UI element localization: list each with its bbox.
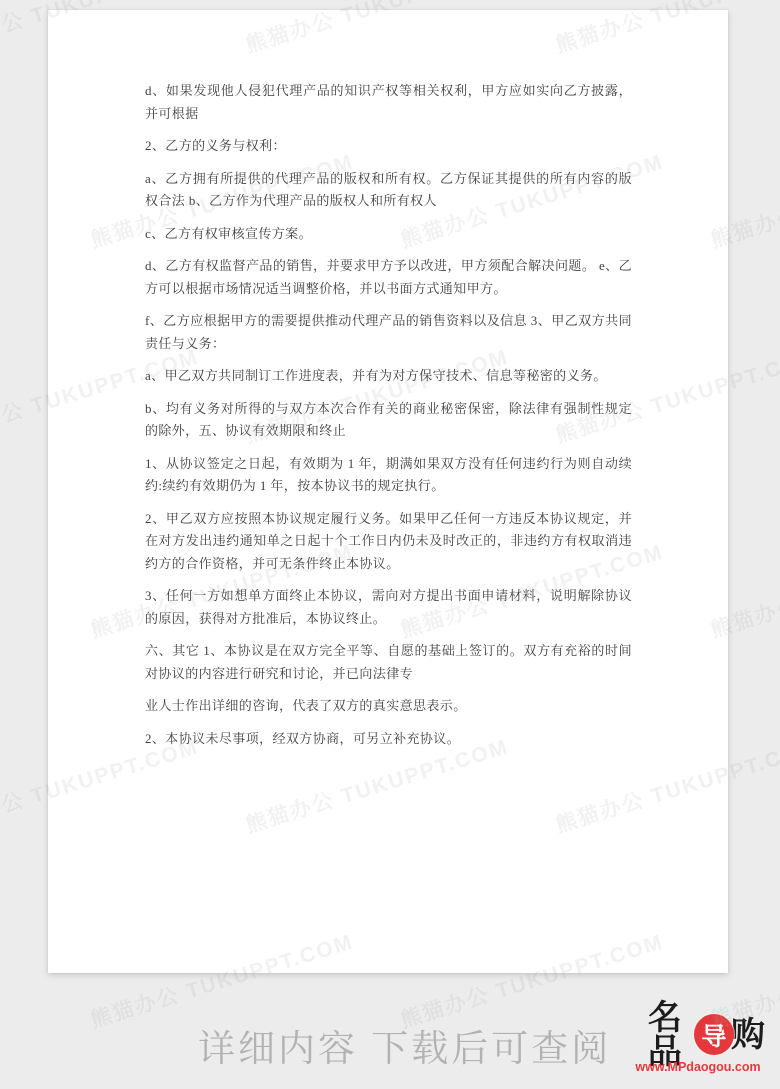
logo-wordmark: 名品 导 购 — [632, 1011, 764, 1058]
document-page: d、如果发现他人侵犯代理产品的知识产权等相关权利，甲方应如实向乙方披露，并可根据… — [48, 10, 728, 973]
paragraph: 3、任何一方如想单方面终止本协议，需向对方提出书面申请材料，说明解除协议的原因，… — [145, 585, 632, 630]
paragraph: f、乙方应根据甲方的需要提供推动代理产品的销售资料以及信息 3、甲乙双方共同责任… — [145, 310, 632, 355]
mpdaogou-logo: 名品 导 购 www.MPdaogou.com — [632, 1011, 764, 1074]
preview-canvas: d、如果发现他人侵犯代理产品的知识产权等相关权利，甲方应如实向乙方披露，并可根据… — [0, 0, 780, 1089]
paragraph: d、乙方有权监督产品的销售，并要求甲方予以改进，甲方须配合解决问题。 e、乙方可… — [145, 255, 632, 300]
paragraph: a、乙方拥有所提供的代理产品的版权和所有权。乙方保证其提供的所有内容的版权合法 … — [145, 168, 632, 213]
paragraph: 2、甲乙双方应按照本协议规定履行义务。如果甲乙任何一方违反本协议规定，并在对方发… — [145, 508, 632, 576]
paragraph: 2、本协议未尽事项，经双方协商，可另立补充协议。 — [145, 728, 632, 751]
paragraph: d、如果发现他人侵犯代理产品的知识产权等相关权利，甲方应如实向乙方披露，并可根据 — [145, 80, 632, 125]
paragraph: 1、从协议签定之日起，有效期为 1 年，期满如果双方没有任何违约行为则自动续约:… — [145, 453, 632, 498]
paragraph: 2、乙方的义务与权利： — [145, 135, 632, 158]
logo-circle-char: 导 — [701, 1017, 726, 1053]
paragraph: c、乙方有权审核宣传方案。 — [145, 223, 632, 246]
logo-circle-icon: 导 — [694, 1014, 734, 1055]
download-hint-text: 详细内容 下载后可查阅 — [198, 1018, 611, 1072]
paragraph: 业人士作出详细的咨询，代表了双方的真实意思表示。 — [145, 695, 632, 718]
logo-text-left: 名品 — [632, 1001, 697, 1069]
paragraph: 六、其它 1、本协议是在双方完全平等、自愿的基础上签订的。双方有充裕的时间对协议… — [145, 640, 632, 685]
document-body: d、如果发现他人侵犯代理产品的知识产权等相关权利，甲方应如实向乙方披露，并可根据… — [145, 80, 632, 760]
paragraph: a、甲乙双方共同制订工作进度表，并有为对方保守技术、信息等秘密的义务。 — [145, 365, 632, 388]
logo-text-right: 购 — [731, 1018, 764, 1052]
logo-url: www.MPdaogou.com — [632, 1060, 764, 1074]
paragraph: b、均有义务对所得的与双方本次合作有关的商业秘密保密，除法律有强制性规定的除外，… — [145, 398, 632, 443]
